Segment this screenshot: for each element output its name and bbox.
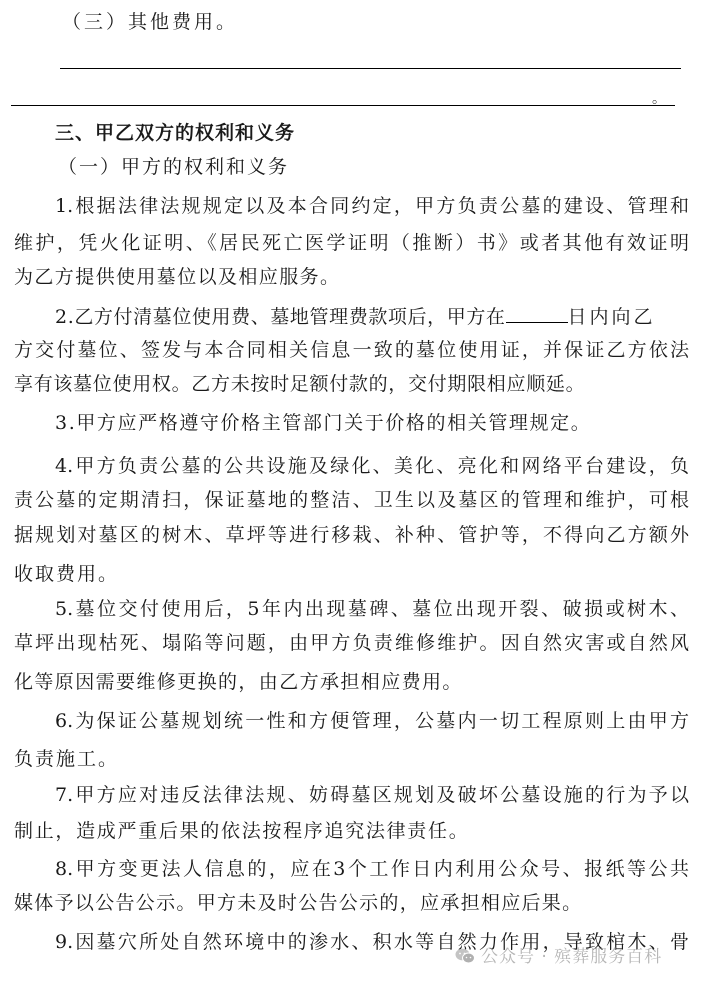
paragraph-7-line-1: 7.甲方应对违反法律法规、妨碍墓区规划及破坏公墓设施的行为予以 — [55, 783, 689, 807]
paragraph-4-line-2: 责公墓的定期清扫，保证墓地的整洁、卫生以及墓区的管理和维护，可根 — [14, 488, 689, 512]
paragraph-1-line-3: 为乙方提供使用墓位以及相应服务。 — [14, 265, 689, 289]
section-title: 三、甲乙双方的权利和义务 — [55, 121, 701, 145]
paragraph-5-line-1: 5.墓位交付使用后，5年内出现墓碑、墓位出现开裂、破损或树木、 — [55, 597, 689, 621]
paragraph-8-line-1: 8.甲方变更法人信息的，应在3个工作日内利用公众号、报纸等公共 — [55, 857, 689, 881]
watermark-text: 公众号 · 殡葬服务百科 — [481, 947, 662, 967]
paragraph-2-line-3: 享有该墓位使用权。乙方未按时足额付款的，交付期限相应顺延。 — [14, 372, 689, 396]
paragraph-2-text-after-blank: 日内向乙 — [568, 306, 656, 328]
paragraph-4-line-4: 收取费用。 — [14, 562, 689, 586]
paragraph-3-line-1: 3.甲方应严格遵守价格主管部门关于价格的相关管理规定。 — [55, 411, 689, 435]
paragraph-5-line-3: 化等原因需要维修更换的，由乙方承担相应费用。 — [14, 670, 689, 694]
paragraph-2-text-before-blank: 2.乙方付清墓位使用费、墓地管理费款项后，甲方在 — [55, 306, 506, 328]
paragraph-5-line-2: 草坪出现枯死、塌陷等问题，由甲方负责维修维护。因自然灾害或自然风 — [14, 631, 689, 655]
paragraph-7-line-2: 制止，造成严重后果的依法按程序追究法律责任。 — [14, 819, 689, 843]
paragraph-1-line-1: 1.根据法律法规规定以及本合同约定，甲方负责公墓的建设、管理和 — [55, 194, 689, 218]
paragraph-8-line-2: 媒体予以公告公示。甲方未及时公告公示的，应承担相应后果。 — [14, 891, 689, 915]
wechat-icon — [455, 948, 475, 964]
subsection-title: （一）甲方的权利和义务 — [58, 155, 701, 179]
paragraph-1-line-2: 维护，凭火化证明、《居民死亡医学证明（推断）书》或者其他有效证明 — [14, 231, 689, 255]
fill-in-blank-line-2 — [11, 105, 675, 106]
days-blank-field[interactable] — [506, 304, 568, 323]
other-fees-heading: （三）其他费用。 — [62, 10, 701, 34]
paragraph-2-line-2: 方交付墓位、签发与本合同相关信息一致的墓位使用证，并保证乙方依法 — [14, 338, 689, 362]
paragraph-4-line-1: 4.甲方负责公墓的公共设施及绿化、美化、亮化和网络平台建设，负 — [55, 454, 689, 478]
paragraph-6-line-1: 6.为保证公墓规划统一性和方便管理，公墓内一切工程原则上由甲方 — [55, 709, 689, 733]
paragraph-6-line-2: 负责施工。 — [14, 747, 689, 771]
paragraph-2-line-1: 2.乙方付清墓位使用费、墓地管理费款项后，甲方在日内向乙 — [55, 304, 689, 329]
fill-in-blank-line-1 — [60, 68, 681, 69]
paragraph-4-line-3: 据规划对墓区的树木、草坪等进行移栽、补种、管护等，不得向乙方额外 — [14, 523, 689, 547]
wechat-watermark: 公众号 · 殡葬服务百科 — [455, 942, 662, 967]
